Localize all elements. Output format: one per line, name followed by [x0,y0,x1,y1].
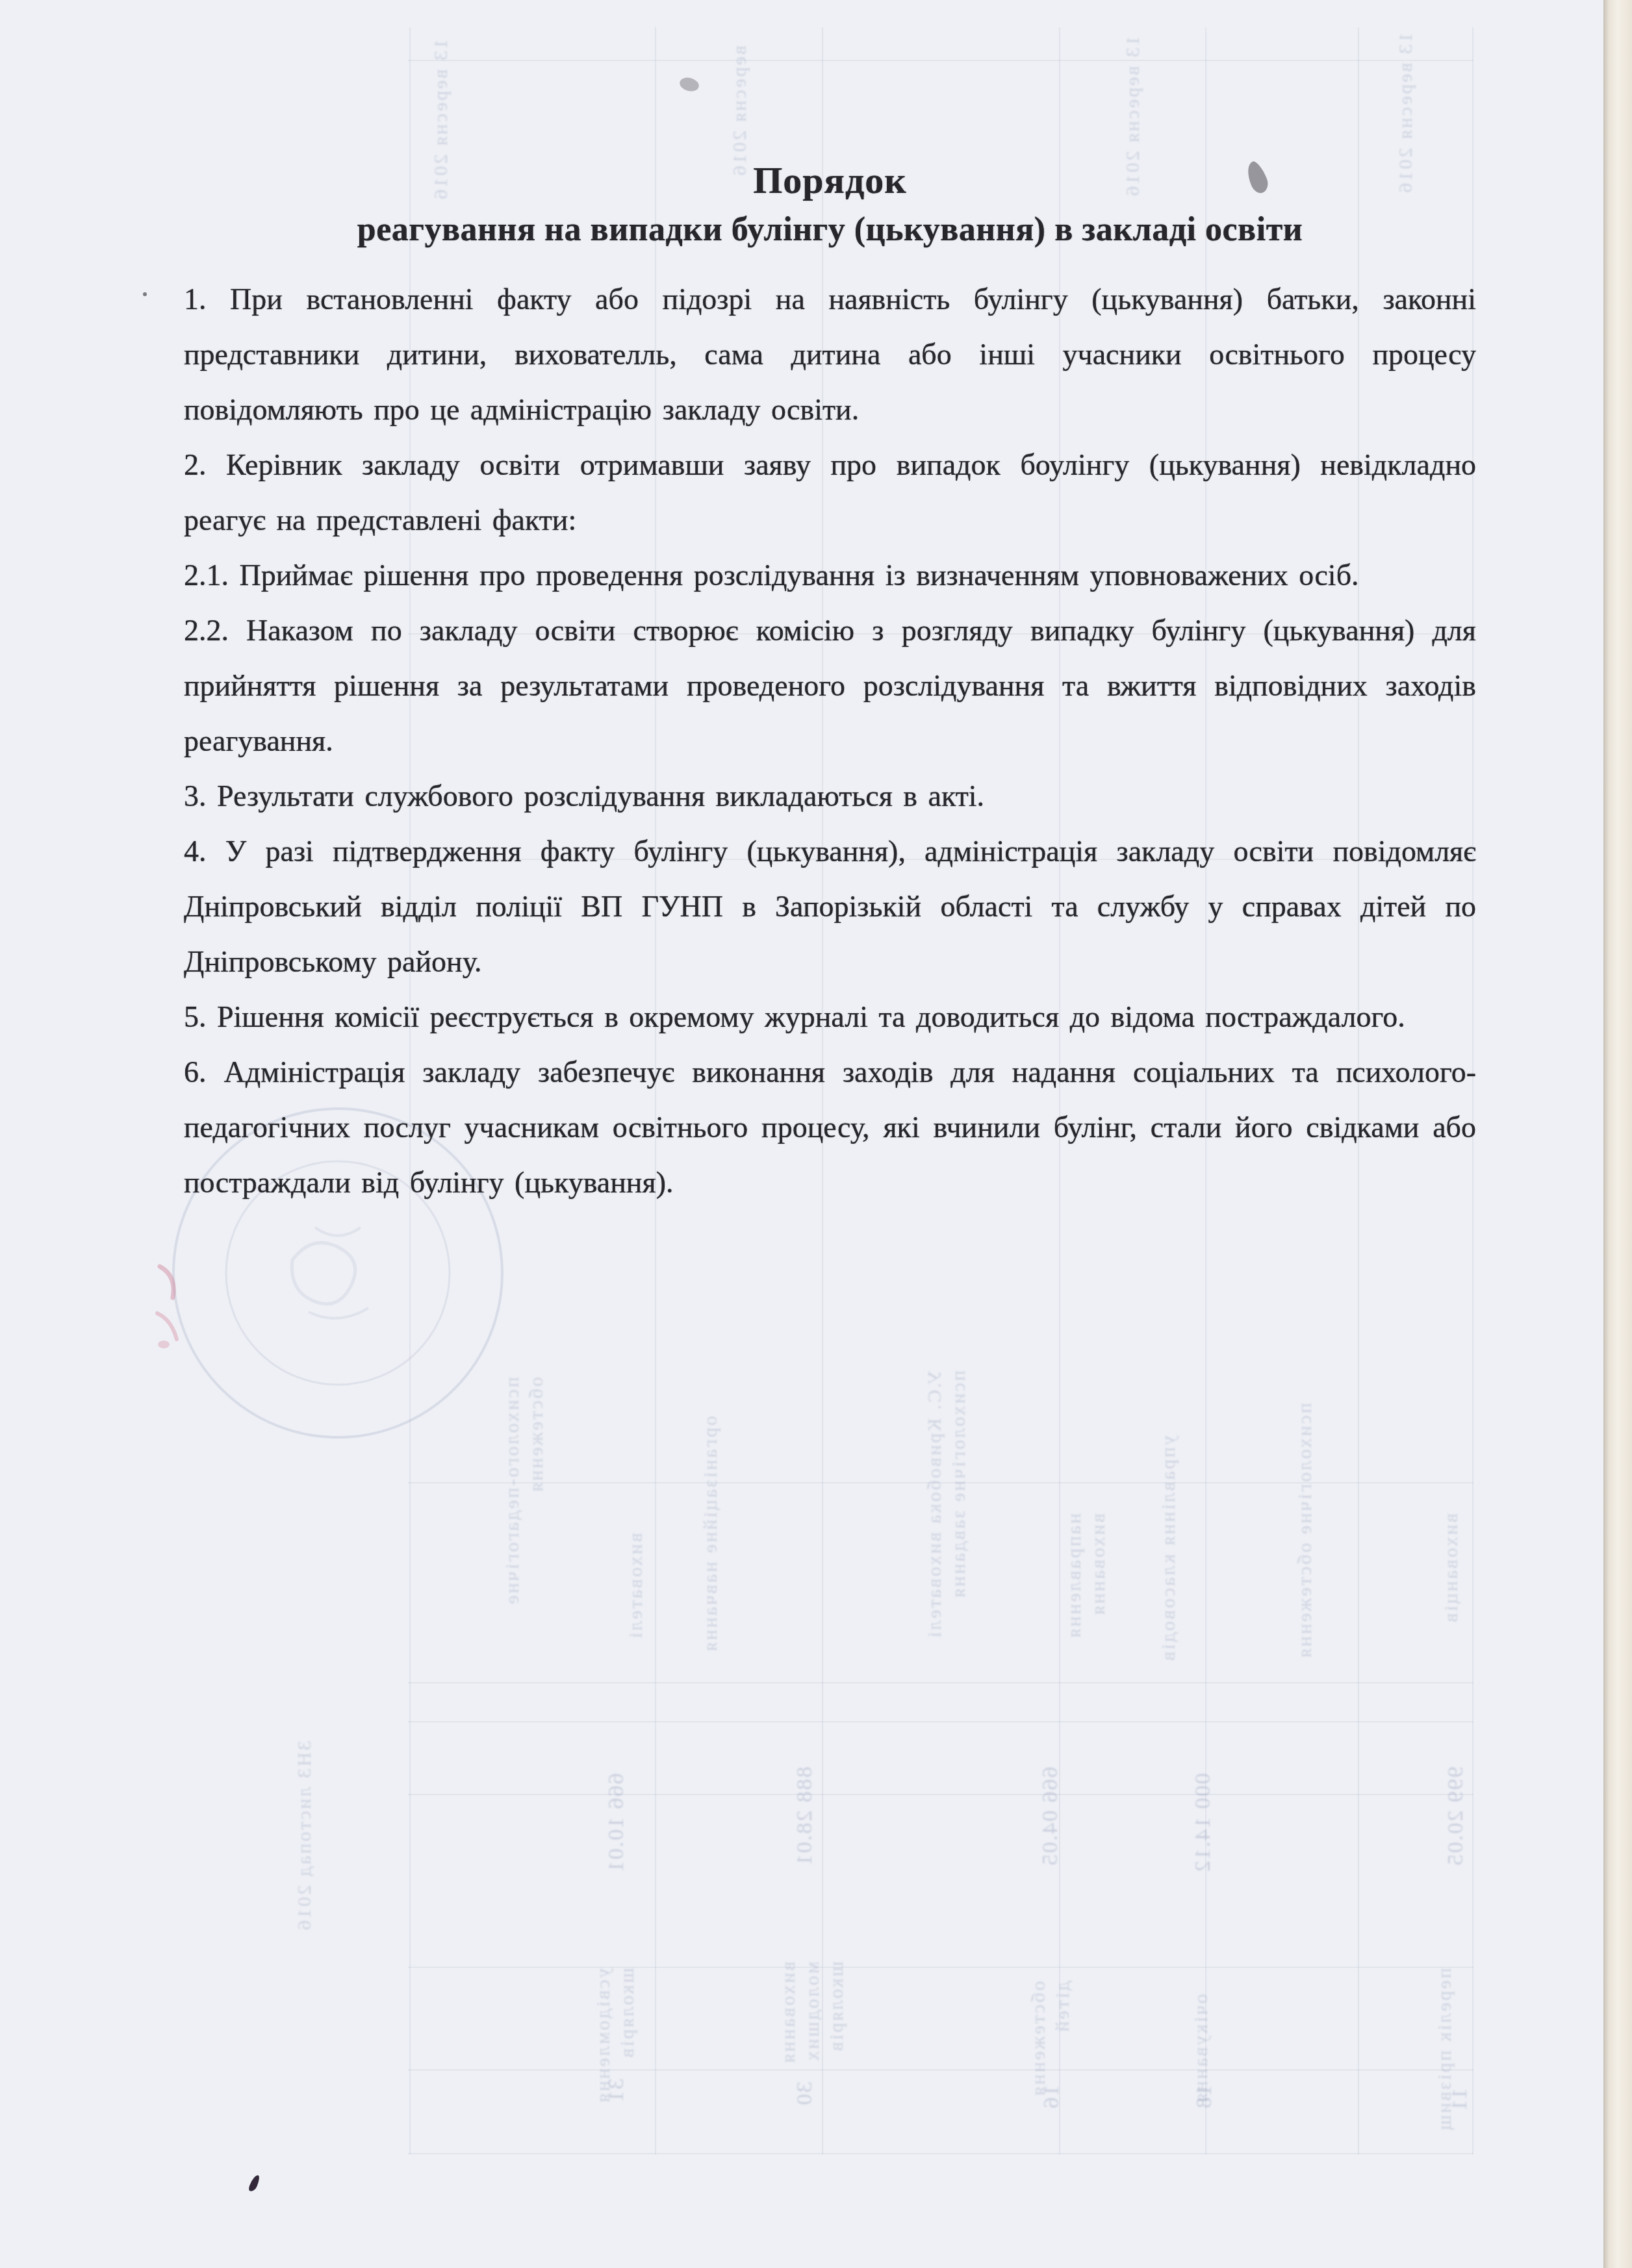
bleedthrough-grid-line [408,2069,1473,2071]
bleedthrough-text: вихователі [624,1533,665,1715]
bleedthrough-text: ЗНЗ листопад 2016 [292,1741,334,2000]
bleedthrough-text: направлення виховання [1062,1513,1134,1721]
bleedthrough-grid-line [408,1721,1473,1722]
document-title-line1: Порядок [184,160,1476,201]
bleedthrough-text: очікування [1189,1994,1230,2150]
bleedthrough-text: 11 [1447,2088,1489,2147]
bleedthrough-text: 31 [604,2078,646,2137]
bleedthrough-text: управління класоводів [1156,1435,1228,1695]
bleedthrough-text: 30 [793,2082,834,2140]
bleedthrough-grid-line [408,1794,1473,1795]
bleedthrough-grid-line [408,1482,1473,1483]
bleedthrough-text: психологічне обстеження [1293,1403,1364,1676]
bleedthrough-text: перелік прізвищ [1433,1968,1504,2150]
paragraph-2-2: 2.2. Наказом по закладу освіти створює к… [184,603,1476,768]
paragraph-3: 3. Результати службового розслідування в… [184,768,1476,824]
bleedthrough-text: вихованців [1439,1513,1481,1721]
bleedthrough-grid-line [408,60,1473,61]
bleedthrough-text: організаційне навчання [698,1416,770,1689]
bleedthrough-text: усвідомлення школярів [591,1968,663,2150]
bleedthrough-text: 999 20.05 [1444,1767,1485,1909]
bleedthrough-text: обстеження дітей [1026,1981,1098,2150]
gray-speck [678,76,700,94]
scanned-document-screenshot: { "document": { "title_line1": "Порядок"… [0,0,1632,2268]
paragraph-5: 5. Рішення комісії реєструється в окремо… [184,989,1476,1044]
bleedthrough-text: 18 [1192,2085,1234,2143]
bleedthrough-grid-line [408,2153,1473,2154]
paper-sheet: 13 вересня 2016 вересня 2016 13 вересня … [0,0,1632,2268]
ink-speck [248,2174,261,2193]
bleedthrough-text: 16 [1039,2085,1081,2143]
paragraph-6: 6. Адміністрація закладу забезпечує вико… [184,1044,1476,1210]
paragraph-1: 1. При встановленні факту або підозрі на… [184,271,1476,437]
bleedthrough-text: психолого-педагогічне обстеження [500,1377,598,1676]
bleedthrough-text: 888 28.01 [793,1767,834,1909]
paragraph-2: 2. Керівник закладу освіти отримавши зая… [184,437,1476,548]
bleedthrough-text: У.С. Кривобока вихователі психологічне з… [923,1370,1020,1676]
pink-ink-mark-icon [155,1254,220,1364]
scanner-background [1603,0,1632,2268]
bleedthrough-grid-line [408,1967,1473,1968]
dust-dot [143,292,147,296]
document-body: Порядок реагування на випадки булінгу (ц… [184,160,1476,1210]
bleedthrough-text: виховання молодших школярів [776,1961,848,2156]
bleedthrough-grid-line [408,1682,1473,1683]
paragraph-2-1: 2.1. Приймає рішення про проведення розс… [184,548,1476,603]
document-title-line2: реагування на випадки булінгу (цькування… [184,210,1476,249]
paragraph-4: 4. У разі підтвердження факту булінгу (ц… [184,824,1476,989]
